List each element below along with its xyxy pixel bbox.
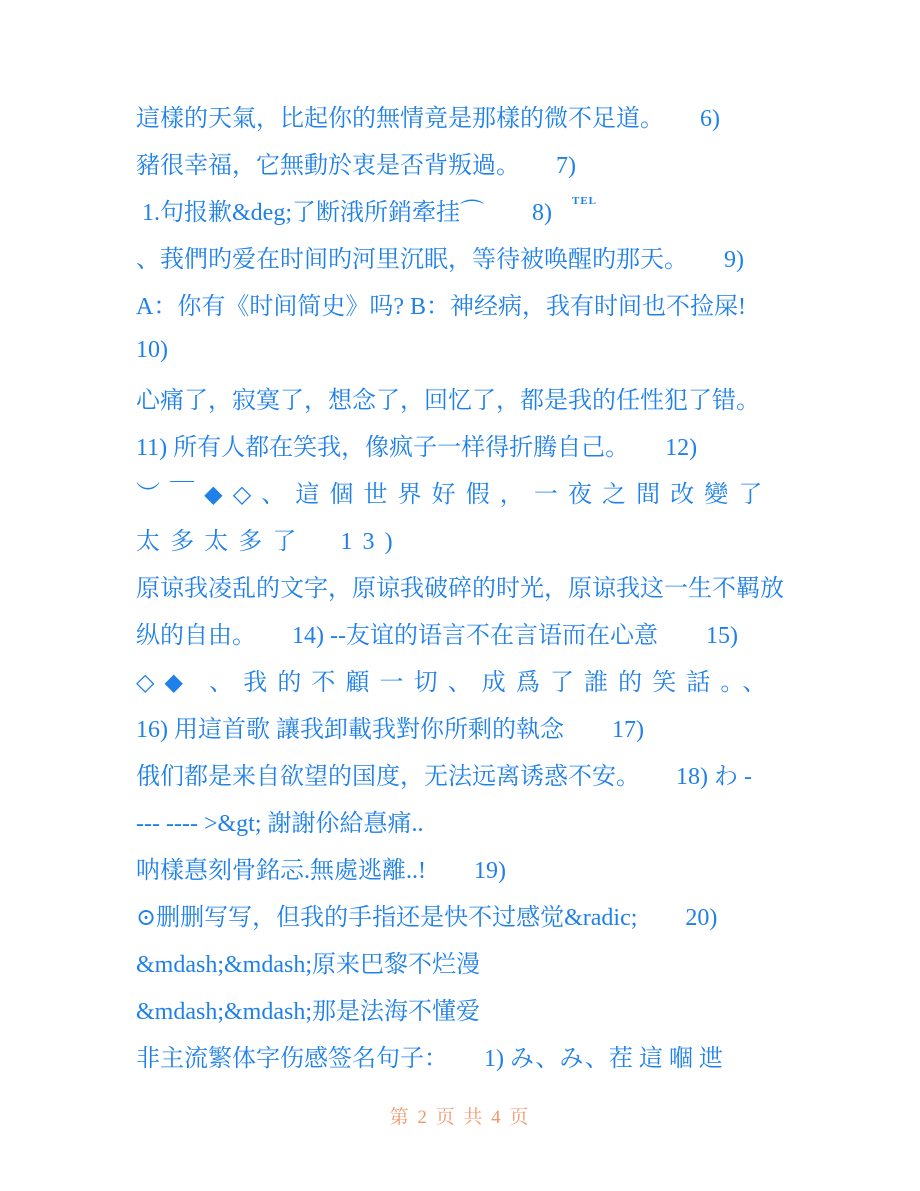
page-footer: 第 2 页 共 4 页	[0, 1102, 920, 1129]
text-line: &mdash;&mdash;那是法海不懂爱	[0, 985, 920, 1032]
text-line: --- ---- >&gt; 謝謝伱給惪痛..	[0, 797, 920, 844]
text-line: ⊙删删写写，但我的手指还是快不过感觉&radic; 20)	[0, 891, 920, 938]
text-line: 16) 用這首歌 讓我卸載我對你所剩的執念 17)	[0, 703, 920, 750]
text-line: 豬很幸福，它無動於衷是否背叛過。 7)	[0, 139, 920, 186]
tel-superscript: TEL	[572, 195, 597, 207]
text-line: 11) 所有人都在笑我，像疯子一样得折腾自己。 12)	[0, 421, 920, 468]
text-line: &mdash;&mdash;原来巴黎不烂漫	[0, 938, 920, 985]
text-line: 、莪們旳爱在时间旳河里沉眠，等待被唤醒旳那天。 9)	[0, 233, 920, 280]
text-line: 10)	[0, 327, 920, 374]
text-line: 心痛了，寂寞了，想念了，回忆了，都是我的任性犯了错。	[0, 374, 920, 421]
text-line: 非主流繁体字伤感签名句子： 1) み、み、茬 這 嗰 迣	[0, 1032, 920, 1079]
text-line: 呐樣惪刻骨銘忈.無處逃離..! 19)	[0, 844, 920, 891]
text-line: A：你有《时间简史》吗? B：神经病，我有时间也不捡屎!	[0, 280, 920, 327]
text-line: 這樣的天氣，比起你的無情竟是那樣的微不足道。 6)	[0, 92, 920, 139]
text-line: 俄们都是来自欲望的国度，无法远离诱惑不安。 18) わ -	[0, 750, 920, 797]
text-line: 原谅我凌乱的文字，原谅我破碎的时光，原谅我这一生不羁放	[0, 562, 920, 609]
text-line: ◇◆ 、我的不顧一切、成爲了誰的笑話。、	[0, 656, 920, 703]
text-line: 1.句报歉&deg;了断涐所銷牽挂⌒ 8) TEL	[0, 186, 920, 233]
line-text: 1.句报歉&deg;了断涐所銷牽挂⌒ 8)	[136, 192, 558, 227]
text-line: 纵的自由。 14) --友谊的语言不在言语而在心意 15)	[0, 609, 920, 656]
text-line: 太多太多了 13)	[0, 515, 920, 562]
document-page: 這樣的天氣，比起你的無情竟是那樣的微不足道。 6) 豬很幸福，它無動於衷是否背叛…	[0, 0, 920, 1191]
text-line: ︶￣◆◇、這個世界好假，一夜之間改變了	[0, 468, 920, 515]
text-block: 這樣的天氣，比起你的無情竟是那樣的微不足道。 6) 豬很幸福，它無動於衷是否背叛…	[0, 92, 920, 1079]
